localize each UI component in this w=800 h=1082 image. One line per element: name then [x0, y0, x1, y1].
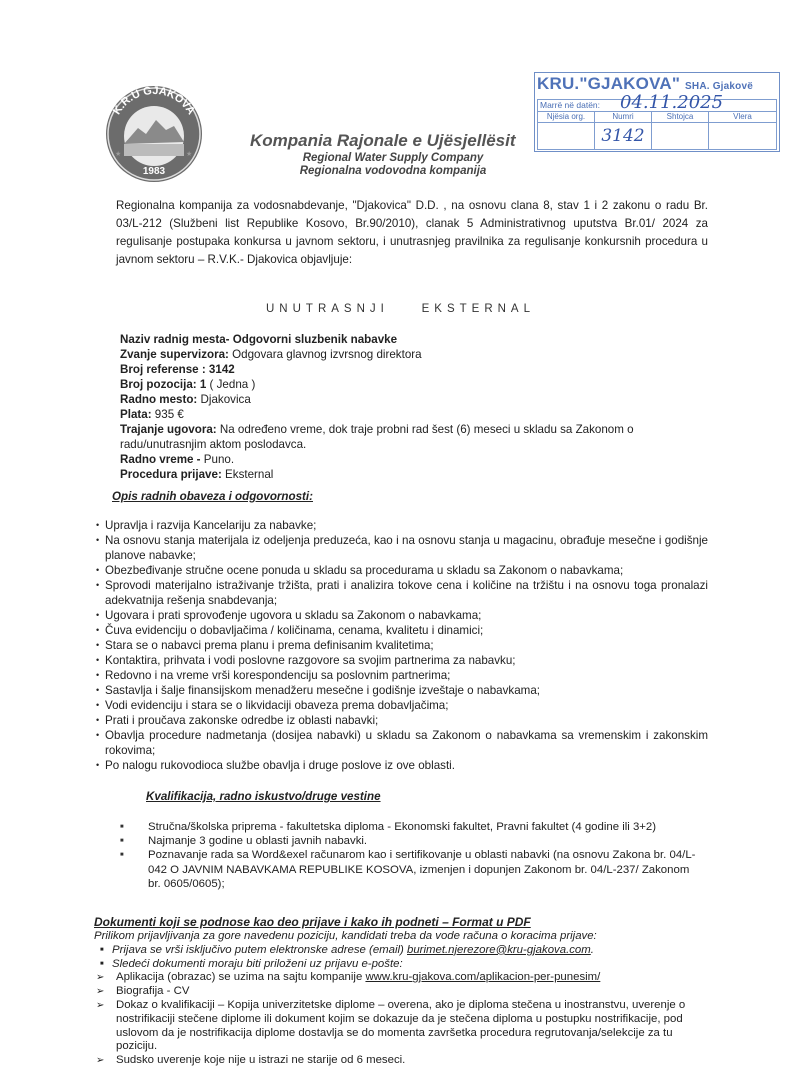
- duty-item: Kontaktira, prihvata i vodi poslovne raz…: [96, 653, 708, 668]
- duty-item: Obezbeđivanje stručne ocene ponuda u skl…: [96, 563, 708, 578]
- stamp-col-value: Vlera: [709, 112, 776, 122]
- duty-item: Obavlja procedure nadmetanja (dosijea na…: [96, 728, 708, 758]
- info-positions: Broj pozocija: 1 ( Jedna ): [120, 377, 710, 392]
- company-name-serbian: Regionalna vodovodna kompanija: [288, 165, 498, 178]
- qualification-item: Najmanje 3 godine u oblasti javnih nabav…: [120, 834, 700, 848]
- stamp-col-number: Numri: [595, 112, 652, 122]
- duty-item: Redovno i na vreme vrši korespondenciju …: [96, 668, 708, 683]
- qualifications-list: Stručna/školska priprema - fakultetska d…: [120, 820, 700, 891]
- company-name-albanian: Kompania Rajonale e Ujësjellësit: [250, 131, 515, 151]
- duty-item: Prati i proučava zakonske odredbe iz obl…: [96, 713, 708, 728]
- company-logo: K.R.U GJAKOVA 1983 ★ ★: [100, 84, 208, 184]
- registry-stamp: KRU."GJAKOVA" SHA. Gjakovë Marrë në datë…: [534, 72, 780, 152]
- stamp-title: KRU."GJAKOVA" SHA. Gjakovë: [537, 74, 753, 94]
- stamp-number-value: 3142: [601, 126, 644, 146]
- competition-types: UNUTRASNJI EKSTERNAL: [266, 303, 535, 315]
- duty-item: Sprovodi materijalno istraživanje tržišt…: [96, 578, 708, 608]
- company-name-english: Regional Water Supply Company: [288, 152, 498, 165]
- duty-item: Na osnovu stanja materijala iz odeljenja…: [96, 533, 708, 563]
- info-procedure: Procedura prijave: Eksternal: [120, 467, 710, 482]
- svg-text:★: ★: [186, 150, 192, 158]
- application-form-link[interactable]: www.kru-gjakova.com/aplikacion-per-punes…: [365, 971, 600, 983]
- documents-intro: Prilikom prijavljivanja za gore navedenu…: [94, 930, 714, 944]
- position-info: Naziv radnig mesta- Odgovorni sluzbenik …: [120, 332, 710, 482]
- company-name-subtitles: Regional Water Supply Company Regionalna…: [288, 152, 498, 178]
- email-link[interactable]: burimet.njerezore@kru-gjakova.com: [407, 944, 591, 956]
- duty-item: Po nalogu rukovodioca službe obavlja i d…: [96, 758, 708, 773]
- application-form-item: Aplikacija (obrazac) se uzima na sajtu k…: [94, 971, 714, 985]
- stamp-date-label: Marrë në datën:: [540, 100, 600, 110]
- duty-item: Upravlja i razvija Kancelariju za nabavk…: [96, 518, 708, 533]
- duty-item: Sastavlja i šalje finansijskom menadžeru…: [96, 683, 708, 698]
- documents-heading: Dokumenti koji se podnose kao deo prijav…: [94, 915, 531, 929]
- info-contract-duration: Trajanje ugovora: Na određeno vreme, dok…: [120, 422, 710, 452]
- stamp-values-row: 3142: [537, 122, 777, 150]
- stamp-col-org: Njësia org.: [538, 112, 595, 122]
- document-item: Dokaz o kvalifikaciji – Kopija univerzit…: [94, 999, 714, 1054]
- info-salary: Plata: 935 €: [120, 407, 710, 422]
- stamp-date-value: 04.11.2025: [620, 92, 723, 113]
- document-item: Biografija - CV: [94, 985, 714, 999]
- qualification-item: Poznavanje rada sa Word&exel računarom k…: [120, 848, 700, 891]
- info-location: Radno mesto: Djakovica: [120, 392, 710, 407]
- document-item: Sudsko uverenje koje nije u istrazi ne s…: [94, 1054, 714, 1068]
- info-position-title: Naziv radnig mesta- Odgovorni sluzbenik …: [120, 332, 710, 347]
- duty-item: Ugovara i prati sprovođenje ugovora u sk…: [96, 608, 708, 623]
- duties-heading: Opis radnih obaveza i odgovornosti:: [112, 490, 313, 503]
- info-work-hours: Radno vreme - Puno.: [120, 452, 710, 467]
- intro-paragraph: Regionalna kompanija za vodosnabdevanje,…: [116, 197, 708, 269]
- duty-item: Vodi evidenciju i stara se o likvidaciji…: [96, 698, 708, 713]
- info-reference: Broj referense : 3142: [120, 362, 710, 377]
- email-instruction: Prijava se vrši isključivo putem elektro…: [94, 944, 714, 958]
- qualifications-heading: Kvalifikacija, radno iskustvo/druge vest…: [146, 790, 381, 803]
- info-supervisor: Zvanje supervizora: Odgovara glavnog izv…: [120, 347, 710, 362]
- duty-item: Stara se o nabavci prema planu i prema d…: [96, 638, 708, 653]
- duty-item: Čuva evidenciju o dobavljačima / količin…: [96, 623, 708, 638]
- attachments-instruction: Sledeći dokumenti moraju biti priloženi …: [94, 958, 714, 972]
- duties-list: Upravlja i razvija Kancelariju za nabavk…: [96, 518, 708, 773]
- documents-section: Prilikom prijavljivanja za gore navedenu…: [94, 930, 714, 1068]
- stamp-col-attachment: Shtojca: [652, 112, 709, 122]
- svg-text:★: ★: [115, 150, 121, 158]
- qualification-item: Stručna/školska priprema - fakultetska d…: [120, 820, 700, 834]
- svg-text:1983: 1983: [143, 166, 166, 177]
